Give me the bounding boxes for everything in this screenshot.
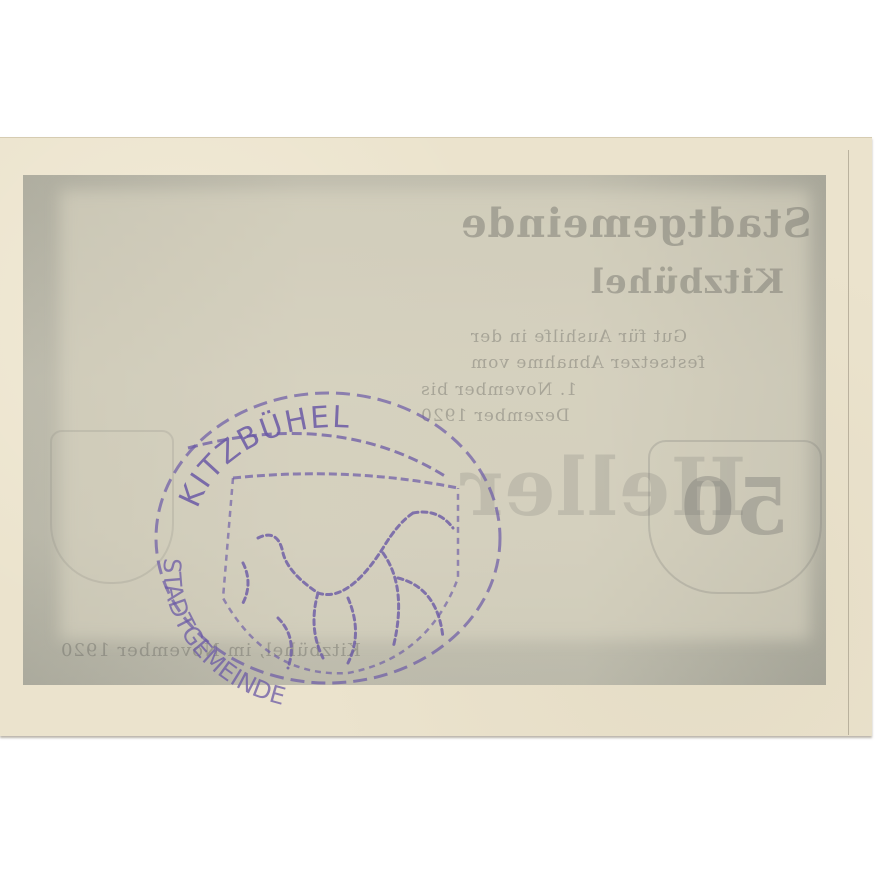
- stamp-graphic: KITZBÜHEL STADTGEMEINDE: [148, 388, 508, 698]
- cut-line: [848, 150, 849, 735]
- stamp-top-text: KITZBÜHEL: [173, 400, 352, 513]
- denomination-shield: 50: [648, 440, 822, 594]
- denomination-value: 50: [650, 462, 820, 553]
- bleed-text-line1: Gut für Aushilfe in der: [470, 327, 687, 347]
- photo-stage: Stadtgemeinde Kitzbühel Gut für Aushilfe…: [0, 0, 876, 876]
- bleed-title-line1: Stadtgemeinde: [460, 200, 812, 247]
- stamp-bottom-text: STADTGEMEINDE: [158, 558, 289, 711]
- bleed-text-line2: festsetzer Abnahme vom: [470, 353, 705, 373]
- chamois-icon: [243, 512, 453, 668]
- violet-stamp: KITZBÜHEL STADTGEMEINDE: [148, 388, 508, 698]
- bleed-title-line2: Kitzbühel: [590, 262, 784, 302]
